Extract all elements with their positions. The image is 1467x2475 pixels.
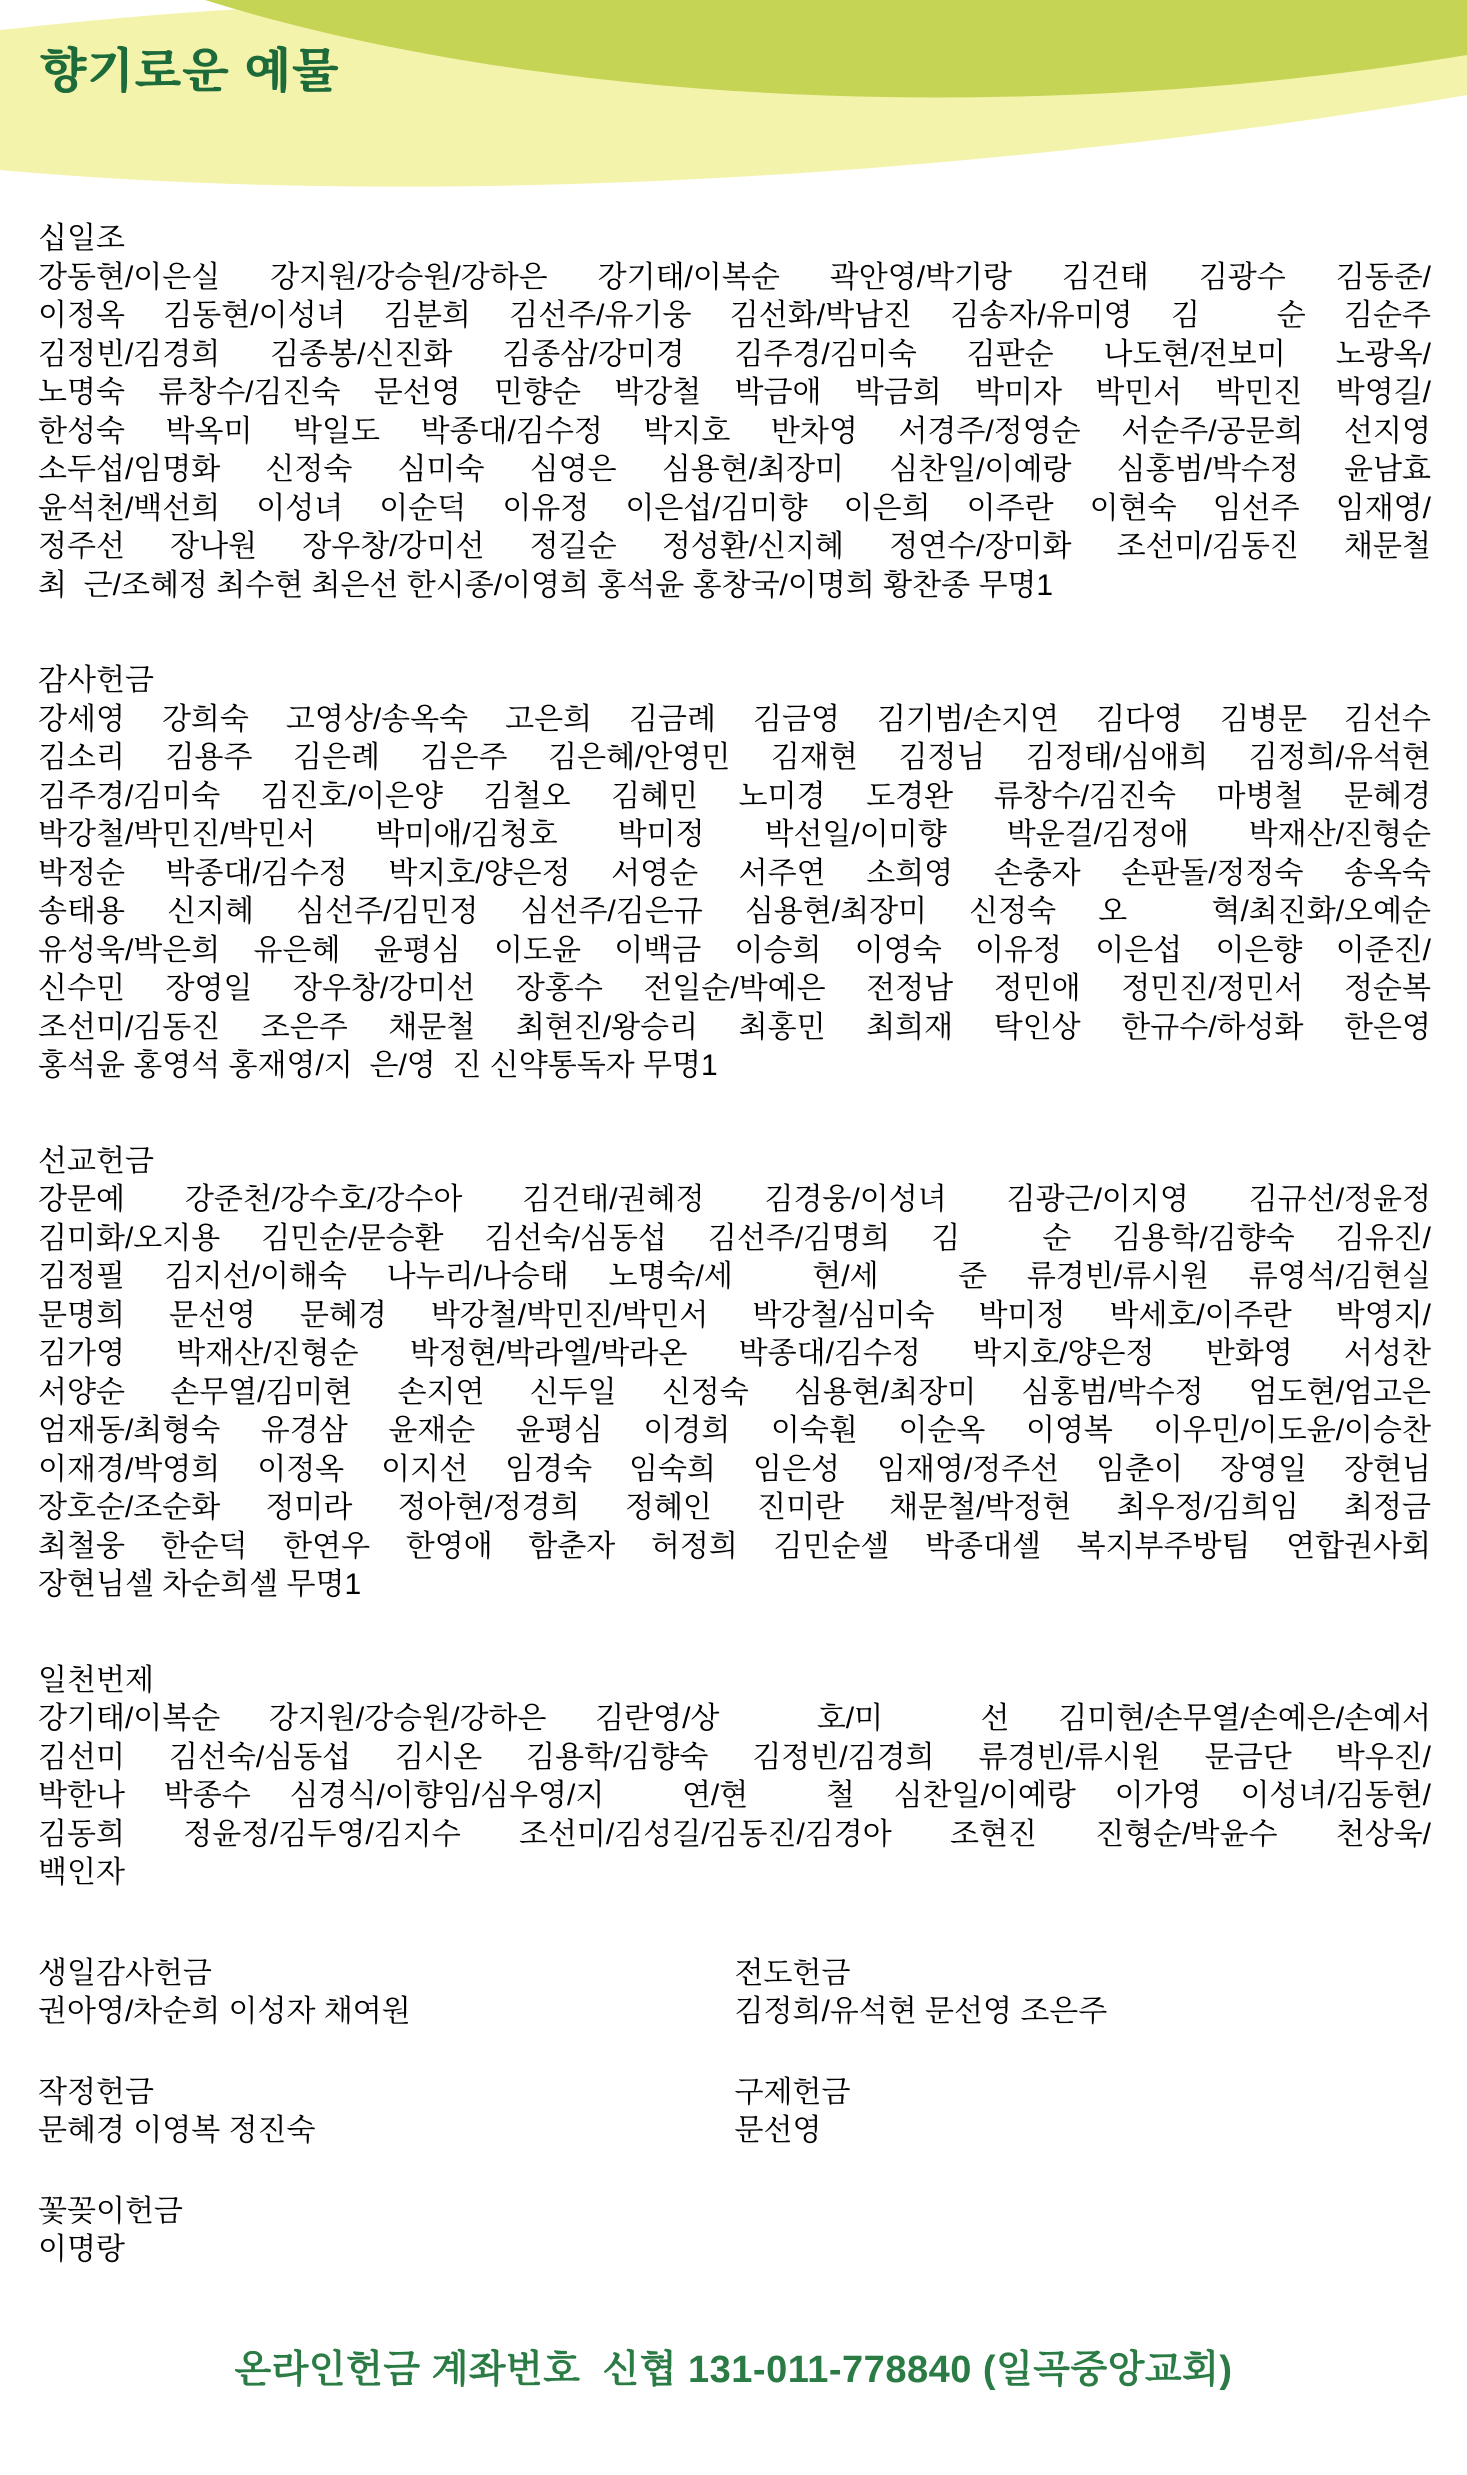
section-heading: 전도헌금 (735, 1955, 1432, 1994)
donor-line: 강기태/이복순 강지원/강승원/강하은 김란영/상 호/미 선 김미현/손무열/… (38, 1700, 1431, 1739)
section-pledge-offering: 작정헌금 문혜경 이영복 정진숙 (38, 2074, 735, 2151)
donor-line: 김선미 김선숙/심동섭 김시온 김용학/김향숙 김정빈/김경희 류경빈/류시원 … (38, 1739, 1431, 1778)
donor-line: 송태용 신지혜 심선주/김민정 심선주/김은규 심용현/최장미 신정숙 오 혁/… (38, 893, 1431, 932)
section-tithe: 십일조 강동현/이은실 강지원/강승원/강하은 강기태/이복순 곽안영/박기랑 … (38, 220, 1431, 605)
bulletin-page: 향기로운 예물 십일조 강동현/이은실 강지원/강승원/강하은 강기태/이복순 … (0, 0, 1467, 2475)
donor-line: 한성숙 박옥미 박일도 박종대/김수정 박지호 반차영 서경주/정영순 서순주/… (38, 413, 1431, 452)
donor-line: 강세영 강희숙 고영상/송옥숙 고은희 김금례 김금영 김기범/손지연 김다영 … (38, 701, 1431, 740)
donor-line: 이정옥 김동현/이성녀 김분희 김선주/유기웅 김선화/박남진 김송자/유미영 … (38, 297, 1431, 336)
donor-line: 홍석윤 홍영석 홍재영/지 은/영 진 신약통독자 무명1 (38, 1047, 1431, 1086)
donor-line: 신수민 장영일 장우창/강미선 장홍수 전일순/박예은 전정남 정민애 정민진/… (38, 970, 1431, 1009)
section-heading: 선교헌금 (38, 1143, 1431, 1182)
donor-line: 강동현/이은실 강지원/강승원/강하은 강기태/이복순 곽안영/박기랑 김건태 … (38, 259, 1431, 298)
donor-line: 노명숙 류창수/김진숙 문선영 민향순 박강철 박금애 박금희 박미자 박민서 … (38, 374, 1431, 413)
donor-line: 김정필 김지선/이해숙 나누리/나승태 노명숙/세 현/세 준 류경빈/류시원 … (38, 1258, 1431, 1297)
footer-account-info: 온라인헌금 계좌번호 신협 131-011-778840 (일곡중앙교회) (0, 2338, 1467, 2393)
section-mission-offering: 선교헌금 강문예 강준천/강수호/강수아 김건태/권혜정 김경웅/이성녀 김광근… (38, 1143, 1431, 1605)
page-title: 향기로운 예물 (40, 34, 339, 101)
donor-line: 박한나 박종수 심경식/이향임/심우영/지 연/현 철 심찬일/이예랑 이가영 … (38, 1777, 1431, 1816)
donor-line: 김동희 정윤정/김두영/김지수 조선미/김성길/김동진/김경아 조현진 진형순/… (38, 1816, 1431, 1855)
donor-line: 문선영 (735, 2112, 1432, 2151)
donor-line: 박정순 박종대/김수정 박지호/양은정 서영순 서주연 소희영 손충자 손판돌/… (38, 855, 1431, 894)
donor-line: 소두섭/임명화 신정숙 심미숙 심영은 심용현/최장미 심찬일/이예랑 심홍범/… (38, 451, 1431, 490)
offering-lists: 십일조 강동현/이은실 강지원/강승원/강하은 강기태/이복순 곽안영/박기랑 … (0, 220, 1467, 2270)
small-offerings-grid: 생일감사헌금 권아영/차순희 이성자 채여원 전도헌금 김정희/유석현 문선영 … (38, 1955, 1431, 2270)
donor-line: 김주경/김미숙 김진호/이은양 김철오 김혜민 노미경 도경완 류창수/김진숙 … (38, 778, 1431, 817)
donor-line: 유성욱/박은희 유은혜 윤평심 이도윤 이백금 이승희 이영숙 이유정 이은섭 … (38, 932, 1431, 971)
donor-line: 윤석천/백선희 이성녀 이순덕 이유정 이은섭/김미향 이은희 이주란 이현숙 … (38, 490, 1431, 529)
donor-line: 장호순/조순화 정미라 정아현/정경희 정혜인 진미란 채문철/박정현 최우정/… (38, 1489, 1431, 1528)
section-heading: 꽃꽂이헌금 (38, 2193, 735, 2232)
donor-line: 이명랑 (38, 2231, 735, 2270)
section-heading: 일천번제 (38, 1662, 1431, 1701)
section-thousand-burnt-offering: 일천번제 강기태/이복순 강지원/강승원/강하은 김란영/상 호/미 선 김미현… (38, 1662, 1431, 1893)
donor-line: 김정빈/김경희 김종봉/신진화 김종삼/강미경 김주경/김미숙 김판순 나도현/… (38, 336, 1431, 375)
donor-line: 이재경/박영희 이정옥 이지선 임경숙 임숙희 임은성 임재영/정주선 임춘이 … (38, 1451, 1431, 1490)
donor-line: 서양순 손무열/김미현 손지연 신두일 신정숙 심용현/최장미 심홍범/박수정 … (38, 1374, 1431, 1413)
section-heading: 작정헌금 (38, 2074, 735, 2113)
donor-line: 백인자 (38, 1854, 1431, 1893)
donor-line: 박강철/박민진/박민서 박미애/김청호 박미정 박선일/이미향 박운걸/김정애 … (38, 816, 1431, 855)
section-heading: 십일조 (38, 220, 1431, 259)
section-heading: 구제헌금 (735, 2074, 1432, 2113)
section-heading: 감사헌금 (38, 662, 1431, 701)
donor-line: 김가영 박재산/진형순 박정현/박라엘/박라온 박종대/김수정 박지호/양은정 … (38, 1335, 1431, 1374)
donor-line: 문명희 문선영 문혜경 박강철/박민진/박민서 박강철/심미숙 박미정 박세호/… (38, 1297, 1431, 1336)
donor-line: 강문예 강준천/강수호/강수아 김건태/권혜정 김경웅/이성녀 김광근/이지영 … (38, 1181, 1431, 1220)
online-offering-account: 온라인헌금 계좌번호 신협 131-011-778840 (일곡중앙교회) (0, 2338, 1467, 2393)
donor-line: 조선미/김동진 조은주 채문철 최현진/왕승리 최홍민 최희재 탁인상 한규수/… (38, 1009, 1431, 1048)
donor-line: 엄재동/최형숙 유경삼 윤재순 윤평심 이경희 이숙훤 이순옥 이영복 이우민/… (38, 1412, 1431, 1451)
donor-line: 문혜경 이영복 정진숙 (38, 2112, 735, 2151)
donor-line: 정주선 장나원 장우창/강미선 정길순 정성환/신지혜 정연수/장미화 조선미/… (38, 528, 1431, 567)
donor-line: 장현님셀 차순희셀 무명1 (38, 1566, 1431, 1605)
donor-line: 최철웅 한순덕 한연우 한영애 함춘자 허정희 김민순셀 박종대셀 복지부주방팀… (38, 1528, 1431, 1567)
header-banner: 향기로운 예물 (0, 0, 1467, 190)
donor-line: 최 근/조혜정 최수현 최은선 한시종/이영희 홍석윤 홍창국/이명희 황찬종 … (38, 567, 1431, 606)
section-relief-offering: 구제헌금 문선영 (735, 2074, 1432, 2151)
section-birthday-thanks-offering: 생일감사헌금 권아영/차순희 이성자 채여원 (38, 1955, 735, 2032)
section-evangelism-offering: 전도헌금 김정희/유석현 문선영 조은주 (735, 1955, 1432, 2032)
section-thanksgiving-offering: 감사헌금 강세영 강희숙 고영상/송옥숙 고은희 김금례 김금영 김기범/손지연… (38, 662, 1431, 1086)
donor-line: 권아영/차순희 이성자 채여원 (38, 1993, 735, 2032)
donor-line: 김소리 김용주 김은례 김은주 김은혜/안영민 김재현 김정님 김정태/심애희 … (38, 739, 1431, 778)
donor-line: 김정희/유석현 문선영 조은주 (735, 1993, 1432, 2032)
section-heading: 생일감사헌금 (38, 1955, 735, 1994)
section-flower-offering: 꽃꽂이헌금 이명랑 (38, 2193, 735, 2270)
curve-yellow-green (205, 0, 1467, 97)
donor-line: 김미화/오지용 김민순/문승환 김선숙/심동섭 김선주/김명희 김 순 김용학/… (38, 1220, 1431, 1259)
